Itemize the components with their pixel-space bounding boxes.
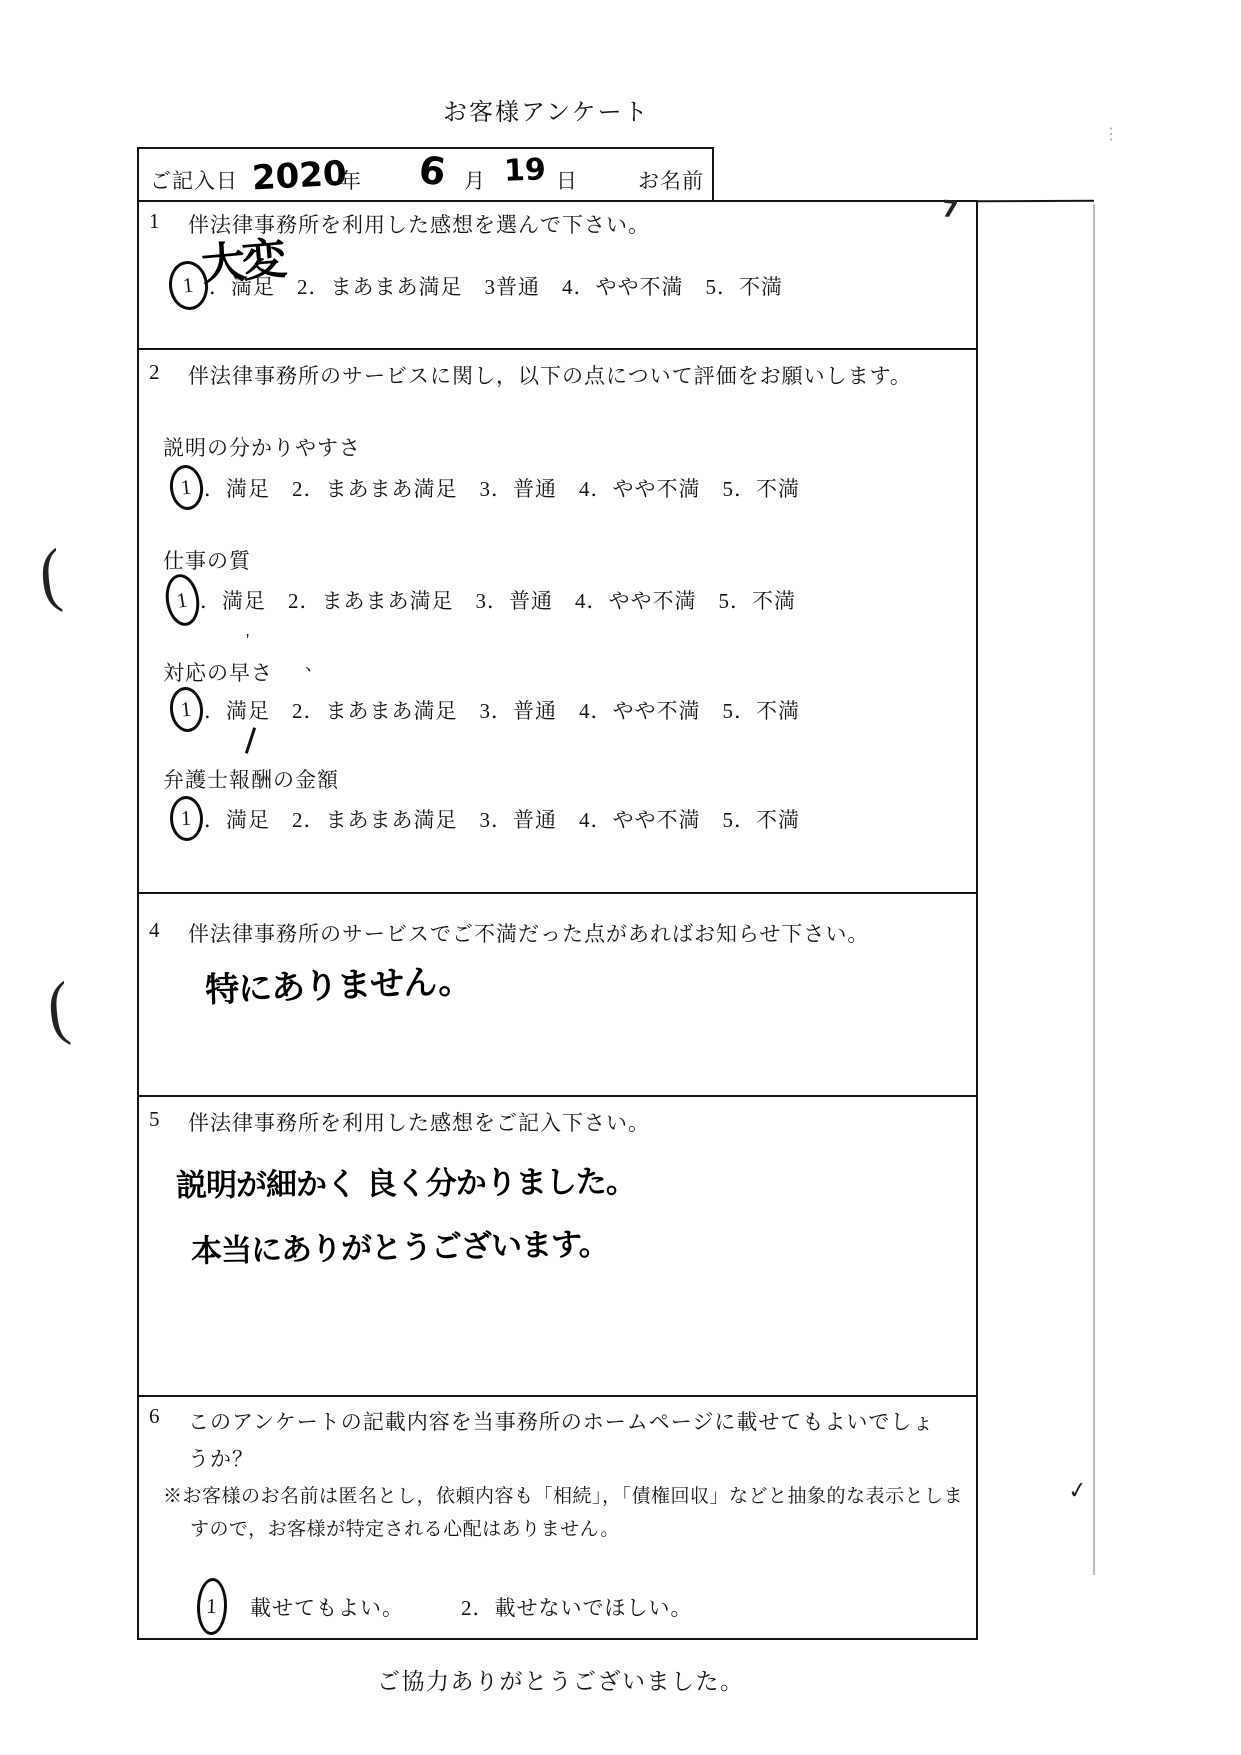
month-unit-label: 月 [464, 165, 486, 195]
q2-item-0-label: 説明の分かりやすさ [163, 432, 361, 462]
q2-item-0-option: 2．まあまあ満足 [292, 473, 458, 503]
q4-handwritten-answer: 特にありません。 [204, 953, 472, 1011]
q2-item-1-option: 5．不満 [719, 585, 797, 615]
q4-question: 伴法律事務所のサービスでご不満だった点があればお知らせ下さい。 [188, 918, 869, 948]
day-unit-label: 日 [556, 165, 578, 195]
divider-q4-q5 [137, 1095, 978, 1097]
q6-number: 6 [149, 1404, 161, 1429]
q2-item-1-selected-label: ．満足 [200, 585, 266, 615]
q1-option: 5．不満 [706, 271, 784, 301]
q2-item-3-selected-number: 1 [180, 806, 192, 831]
q2-item-0-options: 1 ．満足 2．まあまあ満足 3．普通 4．やや不満 5．不満 [170, 465, 800, 510]
selected-circle: 1 [162, 572, 203, 629]
year-unit-label: 年 [340, 165, 362, 195]
handwritten-checkmark: ✓ [1066, 1477, 1089, 1505]
handwritten-seven-mark: 7 [941, 196, 960, 224]
selected-circle: 1 [169, 795, 204, 841]
q2-item-3-options: 1 ．満足 2．まあまあ満足 3．普通 4．やや不満 5．不満 [170, 796, 800, 841]
divider-q5-q6 [137, 1395, 978, 1397]
q2-question: 伴法律事務所のサービスに関し，以下の点について評価をお願いします。 [188, 360, 912, 390]
q5-handwritten-answer-line-1: 説明が細かく 良く分かりました。 [176, 1156, 636, 1205]
divider-q1-q2 [137, 348, 978, 350]
q6-selected-label: 載せてもよい。 [228, 1592, 404, 1622]
q2-item-2-option: 4．やや不満 [579, 695, 701, 725]
q5-handwritten-answer-line-2: 本当にありがとうございます。 [191, 1218, 609, 1270]
q2-number: 2 [149, 360, 161, 385]
q2-item-1-options: 1 ．満足 2．まあまあ満足 3．普通 4．やや不満 5．不満 [166, 574, 796, 626]
footer-thanks: ご協力ありがとうございました。 [377, 1663, 745, 1696]
q2-item-1-label: 仕事の質 [163, 545, 251, 575]
q5-number: 5 [149, 1107, 161, 1132]
q2-item-1-selected-number: 1 [175, 587, 190, 613]
q1-number: 1 [149, 209, 161, 234]
q2-item-2-options: 1 ．満足 2．まあまあ満足 3．普通 4．やや不満 5．不満 [170, 687, 800, 732]
q6-option: 2．載せないでほしい。 [461, 1592, 693, 1622]
q2-item-3-option: 5．不満 [723, 804, 801, 834]
q1-selected-label: ．満足 [209, 271, 275, 301]
q2-item-1-option: 3．普通 [476, 585, 554, 615]
selected-circle: 1 [168, 463, 206, 511]
q5-question: 伴法律事務所を利用した感想をご記入下さい。 [188, 1107, 650, 1137]
scan-paren-mark-bottom: ( [44, 967, 73, 1050]
entry-day-value: 19 [503, 152, 546, 188]
stray-comma-mark: 、 [305, 650, 323, 676]
q2-item-2-label: 対応の早さ [163, 657, 273, 687]
q2-item-1-option: 2．まあまあ満足 [288, 585, 454, 615]
selected-circle: 1 [167, 259, 211, 312]
q6-privacy-note: ※お客様のお名前は匿名とし，依頼内容も「相続」，「債権回収」などと抽象的な表示と… [163, 1480, 970, 1546]
q2-item-0-option: 3．普通 [480, 473, 558, 503]
q2-item-2-option: 5．不満 [723, 695, 801, 725]
q2-item-2-selected-number: 1 [179, 696, 193, 722]
q1-option: 2．まあまあ満足 [297, 271, 463, 301]
name-label: お名前 [638, 165, 704, 195]
q6-question: このアンケートの記載内容を当事務所のホームページに載せてもよいでしょうか？ [188, 1404, 948, 1478]
q2-item-3-label: 弁護士報酬の金額 [163, 764, 339, 794]
q2-item-3-selected-label: ．満足 [204, 804, 270, 834]
scan-paren-mark-top: ( [36, 534, 65, 617]
selected-circle: 1 [168, 685, 206, 733]
q1-option: 4．やや不満 [562, 271, 684, 301]
q2-item-1-option: 4．やや不満 [575, 585, 697, 615]
q1-selected-number: 1 [181, 272, 195, 298]
q2-item-3-option: 4．やや不満 [579, 804, 701, 834]
q2-item-2-selected-label: ．満足 [204, 695, 270, 725]
name-underline [978, 200, 1094, 203]
entry-date-label: ご記入日 [150, 165, 238, 195]
q2-item-2-option: 2．まあまあ満足 [292, 695, 458, 725]
q2-item-0-option: 4．やや不満 [579, 473, 701, 503]
survey-title: お客様アンケート [443, 92, 650, 127]
q1-option: 3普通 [485, 271, 541, 301]
q4-number: 4 [149, 918, 161, 943]
scan-speck-dots: ⋮ [1103, 124, 1119, 144]
divider-q2-q4 [137, 892, 978, 894]
selected-circle: 1 [196, 1577, 228, 1635]
q2-item-2-option: 3．普通 [480, 695, 558, 725]
scanned-survey-page: お客様アンケート ご記入日 2020 年 6 月 19 日 お名前 7 1 伴法… [0, 0, 1241, 1755]
q2-item-0-option: 5．不満 [723, 473, 801, 503]
q2-item-3-option: 2．まあまあ満足 [292, 804, 458, 834]
q1-options-row: 1 ．満足 2．まあまあ満足 3普通 4．やや不満 5．不満 [169, 261, 783, 310]
q2-item-0-selected-label: ．満足 [204, 473, 270, 503]
entry-year-value: 2020 [251, 154, 348, 199]
q6-selected-number: 1 [206, 1594, 218, 1619]
q2-item-0-selected-number: 1 [179, 474, 193, 500]
stray-apostrophe-mark: ' [246, 630, 249, 651]
scan-edge-line [1093, 204, 1095, 1575]
q2-item-3-option: 3．普通 [480, 804, 558, 834]
q6-options-row: 1 載せてもよい。 2．載せないでほしい。 [197, 1578, 693, 1635]
